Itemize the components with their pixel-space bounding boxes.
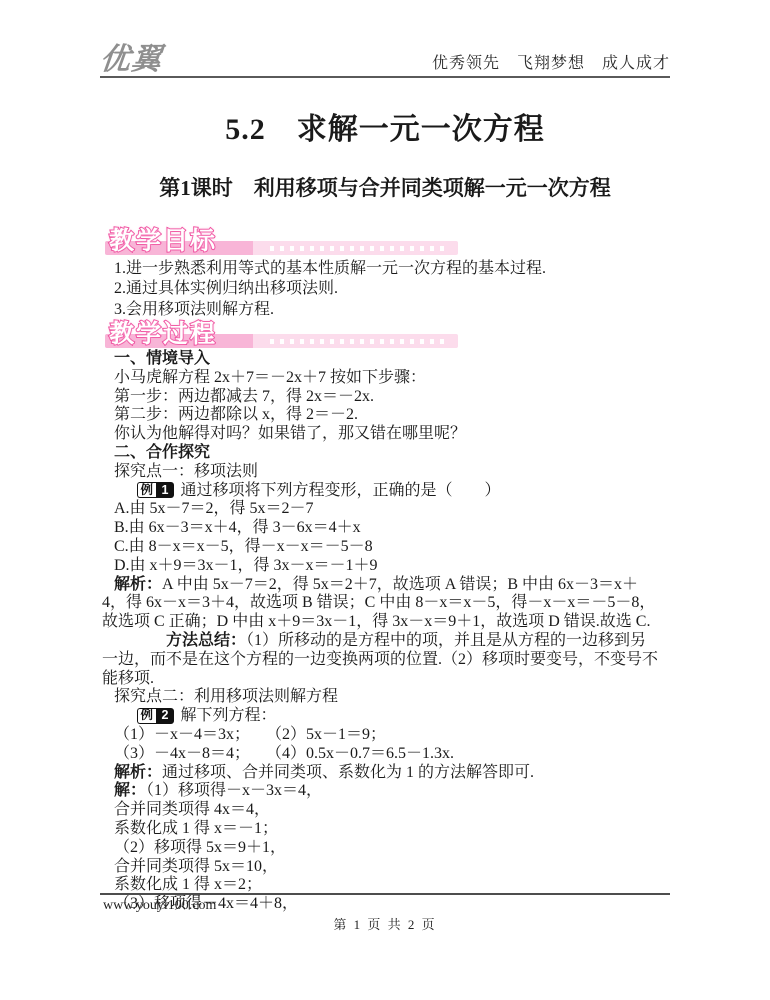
example-badge-number: 1 (156, 482, 175, 498)
lead-text: （1）移项得－x－3x＝4， (146, 782, 322, 799)
example-text: 解下列方程： (180, 707, 276, 724)
paragraph-line: 合并同类项得 4x＝4， (102, 801, 662, 820)
banner-teaching-process: 教学过程 (105, 322, 458, 351)
paragraph-line: （1）－x－4＝3x； （2）5x－1＝9； (102, 726, 662, 745)
paragraph-line: 解：（1）移项得－x－3x＝4， (102, 782, 662, 801)
example-badge-word: 例 (137, 708, 156, 724)
banner-dotted-line (270, 339, 446, 344)
footer-divider (100, 893, 670, 895)
footer-page-number: 第 1 页 共 2 页 (0, 914, 770, 933)
paragraph-line: C.由 8－x＝x－5，得－x－x＝－5－8 (102, 538, 662, 557)
footer-website: www.youyi100.com (103, 898, 216, 914)
page-subtitle: 第1课时 利用移项与合并同类项解一元一次方程 (0, 172, 770, 202)
lead-label: 方法总结： (166, 632, 246, 649)
paragraph-line: 第一步：两边都减去 7，得 2x＝－2x. (102, 388, 662, 407)
lead-label: 解析： (114, 764, 162, 781)
paragraph-line: 3.会用移项法则解方程. (102, 300, 662, 320)
paragraph-line: 探究点一：移项法则 (102, 463, 662, 482)
paragraph-line: 解析：A 中由 5x－7＝2，得 5x＝2＋7，故选项 A 错误；B 中由 6x… (102, 576, 662, 632)
banner-dotted-line (270, 246, 446, 251)
paragraph-line: （3）－4x－8＝4； （4）0.5x－0.7＝6.5－1.3x. (102, 745, 662, 764)
paragraph-line: 1.进一步熟悉利用等式的基本性质解一元一次方程的基本过程. (102, 259, 662, 279)
page-title: 5.2 求解一元一次方程 (0, 104, 770, 148)
example-line: 例2解下列方程： (102, 707, 662, 726)
example-text: 通过移项将下列方程变形，正确的是（ ） (180, 482, 500, 499)
example-badge-word: 例 (137, 482, 156, 498)
section-heading: 二、合作探究 (102, 444, 662, 463)
brand-logo: 优翼 (98, 45, 163, 76)
paragraph-line: 2.通过具体实例归纳出移项法则. (102, 279, 662, 299)
lead-label: 解： (114, 782, 146, 799)
paragraph-line: B.由 6x－3＝x＋4，得 3－6x＝4＋x (102, 519, 662, 538)
lead-text: 通过移项、合并同类项、系数化为 1 的方法解答即可. (162, 764, 534, 781)
page-header: 优翼 优秀领先 飞翔梦想 成人成才 (100, 40, 670, 78)
objectives-block: 1.进一步熟悉利用等式的基本性质解一元一次方程的基本过程.2.通过具体实例归纳出… (102, 259, 662, 320)
paragraph-line: 解析：通过移项、合并同类项、系数化为 1 的方法解答即可. (102, 764, 662, 783)
banner-teaching-objectives: 教学目标 (105, 229, 458, 258)
example-line: 例1通过移项将下列方程变形，正确的是（ ） (102, 482, 662, 501)
section-heading: 一、情境导入 (102, 350, 662, 369)
paragraph-line: A.由 5x－7＝2，得 5x＝2－7 (102, 500, 662, 519)
process-block: 一、情境导入小马虎解方程 2x＋7＝－2x＋7 按如下步骤：第一步：两边都减去 … (102, 350, 662, 914)
paragraph-line: 你认为他解得对吗？如果错了，那又错在哪里呢？ (102, 425, 662, 444)
paragraph-line: 探究点二：利用移项法则解方程 (102, 688, 662, 707)
header-tagline: 优秀领先 飞翔梦想 成人成才 (432, 50, 670, 76)
paragraph-line: 合并同类项得 5x＝10， (102, 858, 662, 877)
example-badge: 例1 (137, 482, 174, 498)
banner-title: 教学目标 (109, 228, 217, 256)
paragraph-line: 小马虎解方程 2x＋7＝－2x＋7 按如下步骤： (102, 369, 662, 388)
example-badge-number: 2 (156, 708, 175, 724)
paragraph-line: 系数化成 1 得 x＝－1； (102, 820, 662, 839)
banner-title: 教学过程 (109, 321, 217, 349)
paragraph-line: D.由 x＋9＝3x－1，得 3x－x＝－1＋9 (102, 557, 662, 576)
example-badge: 例2 (137, 708, 174, 724)
document-page: 优翼 优秀领先 飞翔梦想 成人成才 5.2 求解一元一次方程 第1课时 利用移项… (0, 0, 770, 1000)
lead-text: A 中由 5x－7＝2，得 5x＝2＋7，故选项 A 错误；B 中由 6x－3＝… (102, 576, 655, 631)
paragraph-line: 方法总结：（1）所移动的是方程中的项，并且是从方程的一边移到另一边，而不是在这个… (102, 632, 662, 688)
paragraph-line: （2）移项得 5x＝9＋1， (102, 839, 662, 858)
lead-label: 解析： (114, 576, 162, 593)
paragraph-line: 第二步：两边都除以 x，得 2＝－2. (102, 406, 662, 425)
